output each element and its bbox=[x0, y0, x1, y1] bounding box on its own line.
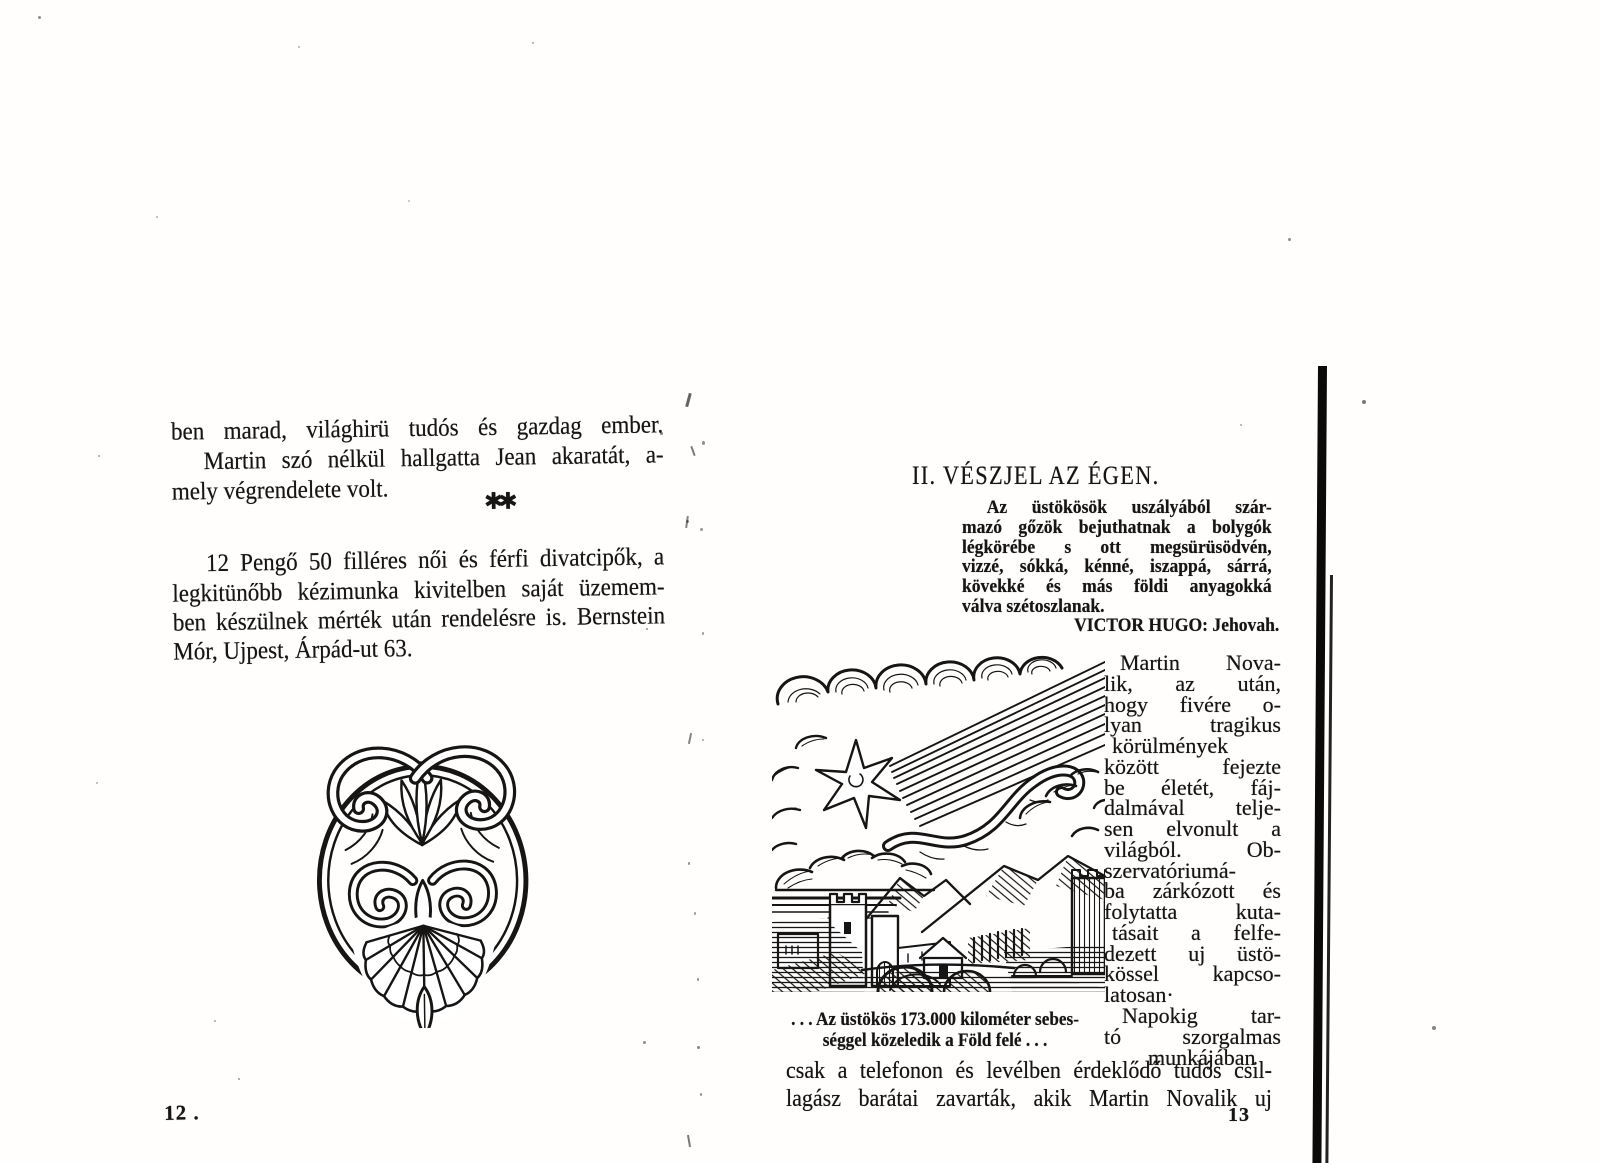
scan-speck bbox=[702, 739, 704, 741]
scan-speck bbox=[96, 782, 98, 784]
epigraph-line: légkörébe s ott megsürüsödvén, bbox=[962, 538, 1272, 558]
scan-speck bbox=[688, 862, 690, 865]
scan-speck bbox=[214, 1020, 216, 1022]
comet-star bbox=[816, 740, 900, 828]
page-number-right: 13 bbox=[1228, 1104, 1250, 1127]
scan-speck bbox=[697, 978, 699, 981]
body-line: Napokig tar- bbox=[1104, 1005, 1281, 1026]
body-line: csak a telefonon és levélben érdeklődő t… bbox=[786, 1058, 1272, 1085]
scan-speck bbox=[660, 432, 663, 435]
scan-speck bbox=[700, 1093, 702, 1096]
illustration-caption-line: séggel közeledik a Föld felé . . . bbox=[776, 1031, 1094, 1052]
epigraph-attribution: VICTOR HUGO: Jehovah. bbox=[962, 616, 1279, 636]
scan-speck bbox=[1432, 1026, 1436, 1030]
scan-speck bbox=[702, 441, 705, 445]
scan-speck bbox=[697, 1046, 700, 1049]
body-line: között fejezte bbox=[1104, 756, 1281, 777]
body-line: világból. Ob- bbox=[1104, 839, 1281, 860]
epigraph-line: mazó gőzök bejuthatnak a bolygók bbox=[962, 518, 1272, 538]
body-line: lyan tragikus bbox=[1104, 714, 1281, 735]
scan-speck bbox=[694, 912, 696, 915]
top-clouds bbox=[777, 657, 1062, 704]
scan-speck bbox=[408, 200, 410, 202]
body-line: sen elvonult a bbox=[1104, 818, 1281, 839]
right-page: II. VÉSZJEL AZ ÉGEN. Az üstökösök uszály… bbox=[0, 0, 1600, 1163]
body-line: kössel kapcso- bbox=[1104, 963, 1281, 984]
scan-speck bbox=[700, 528, 703, 531]
scan-speck bbox=[1362, 400, 1366, 404]
epigraph-line: vizzé, sókká, kénné, iszappá, sárrá, bbox=[962, 557, 1272, 577]
body-line: ba zárkózott és bbox=[1104, 880, 1281, 901]
illustration-caption-line: . . . Az üstökös 173.000 kilométer sebes… bbox=[776, 1010, 1094, 1031]
scan-speck bbox=[532, 42, 534, 44]
body-line: Martin Nova- bbox=[1104, 652, 1281, 673]
epigraph-line: kövekké és más földi anyagokká bbox=[962, 577, 1272, 597]
book-scan-spread: ben marad, világhirü tudós és gazdag emb… bbox=[0, 0, 1600, 1163]
chapter-heading: II. VÉSZJEL AZ ÉGEN. bbox=[912, 461, 1160, 491]
scan-speck bbox=[643, 1041, 646, 1044]
body-line: lik, az után, bbox=[1104, 673, 1281, 694]
body-line: tó szorgalmas bbox=[1104, 1026, 1281, 1047]
body-line: dalmával telje- bbox=[1104, 797, 1281, 818]
body-line: latosan· bbox=[1104, 984, 1281, 1005]
scan-speck bbox=[702, 632, 704, 635]
epigraph-line: Az üstökösök uszályából szár- bbox=[962, 498, 1272, 518]
scan-speck bbox=[1288, 238, 1291, 241]
comet-rays bbox=[890, 662, 1105, 826]
scan-speck bbox=[298, 46, 300, 48]
body-line: folytatta kuta- bbox=[1104, 901, 1281, 922]
body-line: lagász barátai zavarták, akik Martin Nov… bbox=[786, 1086, 1272, 1113]
scan-speck bbox=[238, 1078, 240, 1080]
scan-speck bbox=[1240, 424, 1242, 426]
body-line: tásait a felfe- bbox=[1104, 922, 1281, 943]
comet-illustration bbox=[772, 650, 1105, 992]
scan-speck bbox=[98, 455, 100, 457]
scan-speck bbox=[646, 628, 648, 630]
scan-speck bbox=[156, 216, 158, 218]
body-line: körülmények bbox=[1104, 735, 1281, 756]
scan-speck bbox=[38, 16, 41, 19]
epigraph-line: válva szétoszlanak. bbox=[962, 597, 1272, 617]
